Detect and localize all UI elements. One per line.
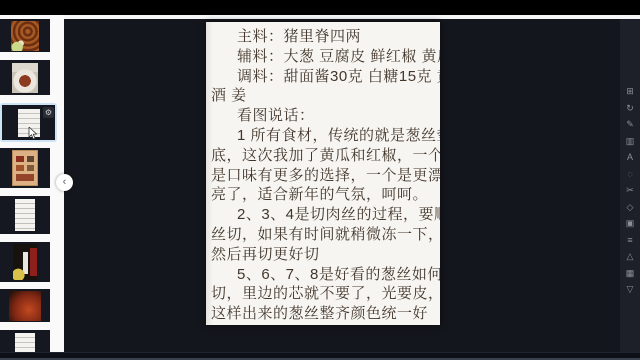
page-text-line-5: 看图说话： <box>206 106 440 126</box>
top-window-bar <box>0 0 640 15</box>
thumbnail-1-braised-meat-photo[interactable] <box>0 19 50 52</box>
diamond-tool-icon[interactable]: ◇ <box>620 199 640 216</box>
document-view-panel: 主料：猪里脊四两辅料：大葱 豆腐皮 鲜红椒 黄瓜调料：甜面酱30克 白糖15克 … <box>64 19 640 352</box>
thumbnail-image <box>12 150 38 186</box>
thumbnail-6-ingredients-photo[interactable] <box>0 242 50 282</box>
sidebar-collapse-button[interactable]: ‹ <box>56 174 73 191</box>
thumbnail-image <box>12 63 38 93</box>
notes-tool-icon[interactable]: ▥ <box>620 133 640 150</box>
thumbnail-2-plated-dish-photo[interactable] <box>0 60 50 95</box>
thumbnail-3-recipe-text-page[interactable]: ⚙ <box>0 103 57 142</box>
page-text-line-1: 主料：猪里脊四两 <box>206 27 440 47</box>
thumbnail-image <box>9 291 41 321</box>
rotate-tool-icon[interactable]: ↻ <box>620 100 640 117</box>
thumbnail-sidebar: ⚙ <box>0 15 64 352</box>
annotation-toolbar: ⊞↻✎▥A◌✂◇▣≡△▦▽ <box>620 19 640 352</box>
page-text-line-6: 1 所有食材，传统的就是葱丝垫 <box>206 126 440 146</box>
thumbnail-image <box>11 21 39 51</box>
shape-tool-icon[interactable]: ◌ <box>620 166 640 183</box>
annotation-toolbar-icons: ⊞↻✎▥A◌✂◇▣≡△▦▽ <box>620 83 640 298</box>
thumbnail-5-text-page[interactable] <box>0 196 50 234</box>
thumbnail-image <box>15 333 35 353</box>
thumbnail-image <box>15 199 35 231</box>
page-text-line-15: 这样出来的葱丝整齐颜色统一好 <box>206 304 440 324</box>
thumbnail-7-finished-dish-photo[interactable] <box>0 289 50 322</box>
text-tool-icon[interactable]: A <box>620 149 640 166</box>
export-tool-icon[interactable]: ⊞ <box>620 83 640 100</box>
page-text-line-3: 调料：甜面酱30克 白糖15克 黄 <box>206 67 440 87</box>
page-text-line-4: 酒 姜 <box>206 86 440 106</box>
thumbnail-settings-gear-icon[interactable]: ⚙ <box>43 107 54 118</box>
up-tool-icon[interactable]: △ <box>620 248 640 265</box>
pen-tool-icon[interactable]: ✎ <box>620 116 640 133</box>
page-text-line-10: 2、3、4是切肉丝的过程，要顺 <box>206 205 440 225</box>
page-text-line-14: 切，里边的芯就不要了，光要皮， <box>206 284 440 304</box>
page-text-line-12: 然后再切更好切 <box>206 245 440 265</box>
page-text-line-9: 亮了，适合新年的气氛，呵呵。 <box>206 185 440 205</box>
menu-tool-icon[interactable]: ≡ <box>620 232 640 249</box>
recipe-page: 主料：猪里脊四两辅料：大葱 豆腐皮 鲜红椒 黄瓜调料：甜面酱30克 白糖15克 … <box>206 22 440 325</box>
page-text-line-8: 是口味有更多的选择，一个是更漂 <box>206 166 440 186</box>
cut-tool-icon[interactable]: ✂ <box>620 182 640 199</box>
down-tool-icon[interactable]: ▽ <box>620 281 640 298</box>
page-text-line-7: 底，这次我加了黄瓜和红椒，一个 <box>206 146 440 166</box>
page-text-line-2: 辅料：大葱 豆腐皮 鲜红椒 黄瓜 <box>206 47 440 67</box>
select-tool-icon[interactable]: ▣ <box>620 215 640 232</box>
table-tool-icon[interactable]: ▦ <box>620 265 640 282</box>
thumbnail-4-recipe-steps-collage[interactable] <box>0 148 50 188</box>
thumbnail-image <box>13 244 37 280</box>
mouse-cursor-icon <box>28 127 39 140</box>
page-text-line-13: 5、6、7、8是好看的葱丝如何 <box>206 265 440 285</box>
page-text-line-11: 丝切，如果有时间就稍微冻一下， <box>206 225 440 245</box>
